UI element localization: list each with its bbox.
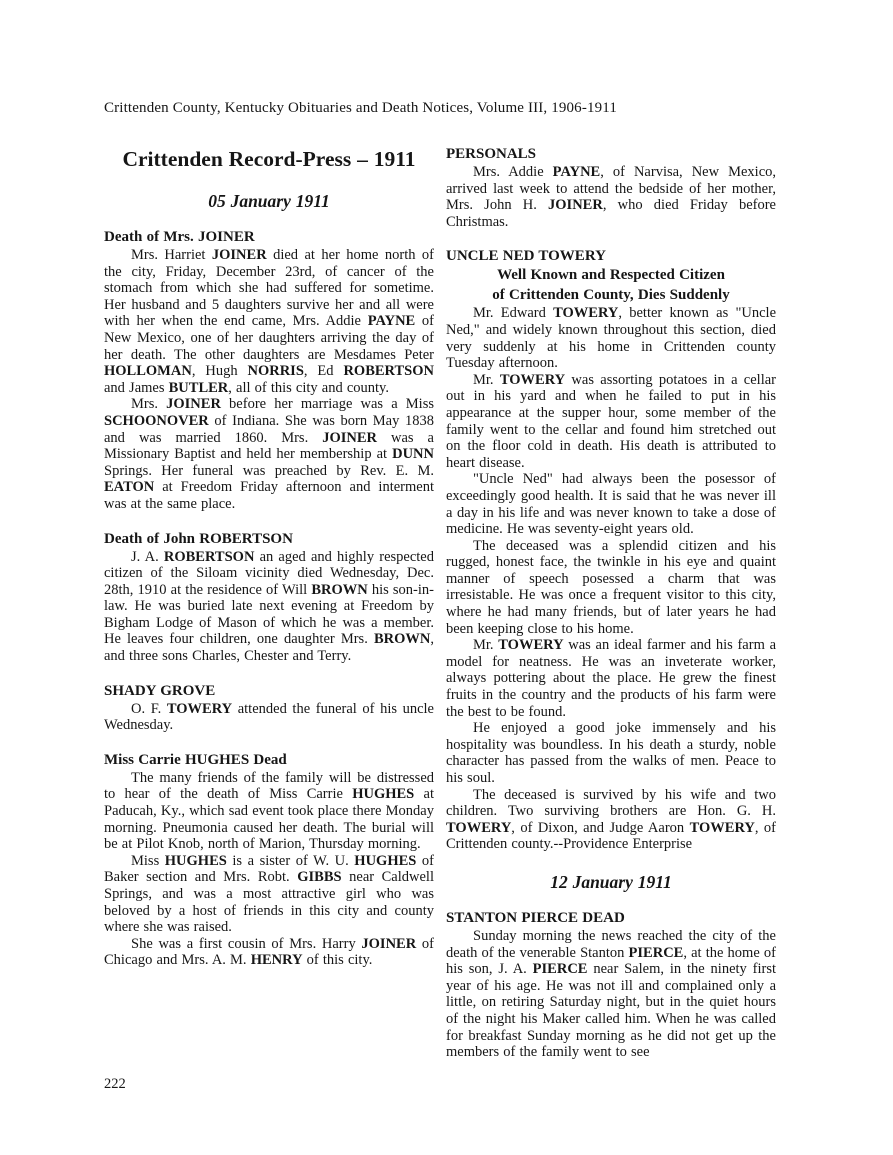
paragraph: The deceased is survived by his wife and… xyxy=(446,787,776,853)
section-heading: Death of John ROBERTSON xyxy=(104,531,434,548)
two-column-layout: Crittenden Record-Press – 191105 January… xyxy=(104,146,776,1061)
paragraph: Mr. Edward TOWERY, better known as "Uncl… xyxy=(446,305,776,371)
paragraph: Mr. TOWERY was an ideal farmer and his f… xyxy=(446,637,776,720)
section-heading: UNCLE NED TOWERY xyxy=(446,248,776,265)
paragraph: The deceased was a splendid citizen and … xyxy=(446,538,776,638)
section-heading: SHADY GROVE xyxy=(104,683,434,700)
right-column: PERSONALSMrs. Addie PAYNE, of Narvisa, N… xyxy=(446,146,776,1061)
paragraph: O. F. TOWERY attended the funeral of his… xyxy=(104,701,434,734)
section-heading: Miss Carrie HUGHES Dead xyxy=(104,752,434,769)
date-heading: 05 January 1911 xyxy=(104,191,434,211)
paragraph: Miss HUGHES is a sister of W. U. HUGHES … xyxy=(104,853,434,936)
paragraph: "Uncle Ned" had always been the posessor… xyxy=(446,471,776,537)
section-heading: PERSONALS xyxy=(446,146,776,163)
paragraph: The many friends of the family will be d… xyxy=(104,770,434,853)
section-heading: Death of Mrs. JOINER xyxy=(104,229,434,246)
running-header: Crittenden County, Kentucky Obituaries a… xyxy=(104,100,617,117)
document-page: Crittenden County, Kentucky Obituaries a… xyxy=(0,0,893,1155)
paragraph: Sunday morning the news reached the city… xyxy=(446,928,776,1061)
paragraph: Mr. TOWERY was assorting potatoes in a c… xyxy=(446,372,776,472)
paragraph: Mrs. Addie PAYNE, of Narvisa, New Mexico… xyxy=(446,164,776,230)
paragraph: He enjoyed a good joke immensely and his… xyxy=(446,720,776,786)
paragraph: J. A. ROBERTSON an aged and highly respe… xyxy=(104,549,434,665)
article-title: Crittenden Record-Press – 1911 xyxy=(104,146,434,172)
section-heading: STANTON PIERCE DEAD xyxy=(446,910,776,927)
left-column: Crittenden Record-Press – 191105 January… xyxy=(104,146,434,969)
paragraph: Mrs. JOINER before her marriage was a Mi… xyxy=(104,396,434,512)
section-subheading: of Crittenden County, Dies Suddenly xyxy=(446,286,776,306)
paragraph: She was a first cousin of Mrs. Harry JOI… xyxy=(104,936,434,969)
page-number: 222 xyxy=(104,1076,126,1093)
section-subheading: Well Known and Respected Citizen xyxy=(446,266,776,286)
date-heading: 12 January 1911 xyxy=(446,872,776,892)
paragraph: Mrs. Harriet JOINER died at her home nor… xyxy=(104,247,434,396)
